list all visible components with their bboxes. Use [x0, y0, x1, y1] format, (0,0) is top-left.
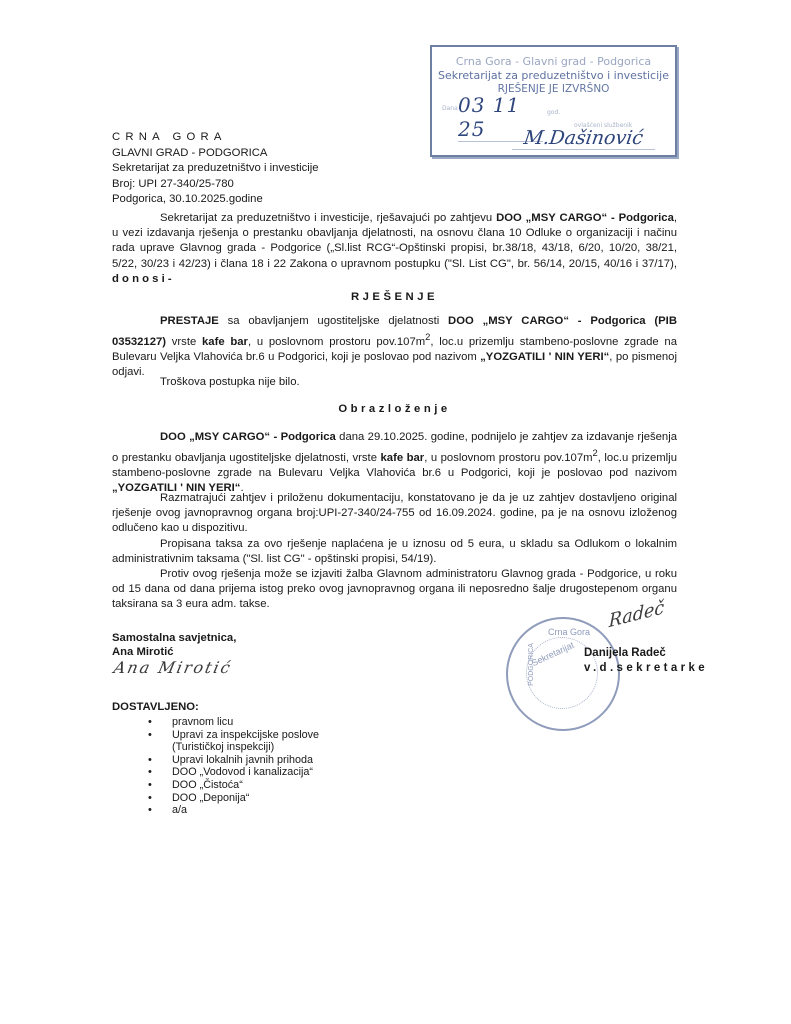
- header-place-date: Podgorica, 30.10.2025.godine: [112, 192, 319, 208]
- stamp-dana-label: Dana: [442, 105, 458, 112]
- delivered-item: DOO „Vodovod i kanalizacija“: [150, 766, 319, 779]
- delivered-item: DOO „Čistoća“: [150, 779, 319, 792]
- stamp-line-1: Crna Gora - Glavni grad - Podgorica: [432, 55, 675, 68]
- delivered-item: a/a: [150, 804, 319, 817]
- stamp-signature-line: [512, 149, 655, 150]
- costs-paragraph: Troškova postupka nije bilo.: [112, 375, 677, 390]
- left-signer-role: Samostalna savjetnica,: [112, 631, 236, 645]
- intro-paragraph: Sekretarijat za preduzetništvo i investi…: [112, 211, 677, 287]
- reasoning-paragraph-4: Protiv ovog rješenja može se izjaviti ža…: [112, 567, 677, 613]
- delivered-title: DOSTAVLJENO:: [112, 701, 199, 713]
- right-signer-role: v.d.sekretarke: [584, 661, 708, 676]
- execution-stamp: Crna Gora - Glavni grad - Podgorica Sekr…: [430, 45, 677, 157]
- right-signer-name: Danijela Radeč: [584, 646, 708, 661]
- header-city: GLAVNI GRAD - PODGORICA: [112, 146, 319, 162]
- reasoning-paragraph-2: Razmatrajući zahtjev i priloženu dokumen…: [112, 491, 677, 537]
- header-country: CRNA GORA: [112, 130, 319, 146]
- header-number: Broj: UPI 27-340/25-780: [112, 177, 319, 193]
- reasoning-title: Obrazloženje: [112, 403, 677, 415]
- donosi: d o n o s i -: [112, 273, 172, 285]
- stamp-god-label: god.: [547, 109, 560, 116]
- decision-title: RJEŠENJE: [112, 291, 677, 303]
- header-secretariat: Sekretarijat za preduzetništvo i investi…: [112, 161, 319, 177]
- delivered-item: Upravi lokalnih javnih prihoda: [150, 754, 319, 767]
- stamp-line-2: Sekretarijat za preduzetništvo i investi…: [432, 69, 675, 82]
- left-signer-name: Ana Mirotić: [112, 645, 236, 659]
- delivered-item-continuation: (Turističkoj inspekciji): [150, 741, 319, 754]
- right-signature-block: Danijela Radeč v.d.sekretarke: [584, 646, 708, 676]
- left-handwritten-signature: Ana Mirotić: [112, 658, 234, 677]
- delivered-list: pravnom licu Upravi za inspekcijske posl…: [150, 716, 319, 817]
- reasoning-paragraph-1: DOO „MSY CARGO“ - Podgorica dana 29.10.2…: [112, 430, 677, 497]
- delivered-item: Upravi za inspekcijske poslove: [150, 729, 319, 742]
- delivered-item: pravnom licu: [150, 716, 319, 729]
- company-name: DOO „MSY CARGO“ - Podgorica: [496, 212, 674, 224]
- left-signature-block: Samostalna savjetnica, Ana Mirotić: [112, 631, 236, 659]
- delivered-item: DOO „Deponija“: [150, 792, 319, 805]
- stamp-signature: M.Dašinović: [522, 127, 644, 149]
- document-header: CRNA GORA GLAVNI GRAD - PODGORICA Sekret…: [112, 130, 319, 208]
- reasoning-paragraph-3: Propisana taksa za ovo rješenje naplaćen…: [112, 537, 677, 567]
- decision-paragraph: PRESTAJE sa obavljanjem ugostiteljske dj…: [112, 314, 677, 381]
